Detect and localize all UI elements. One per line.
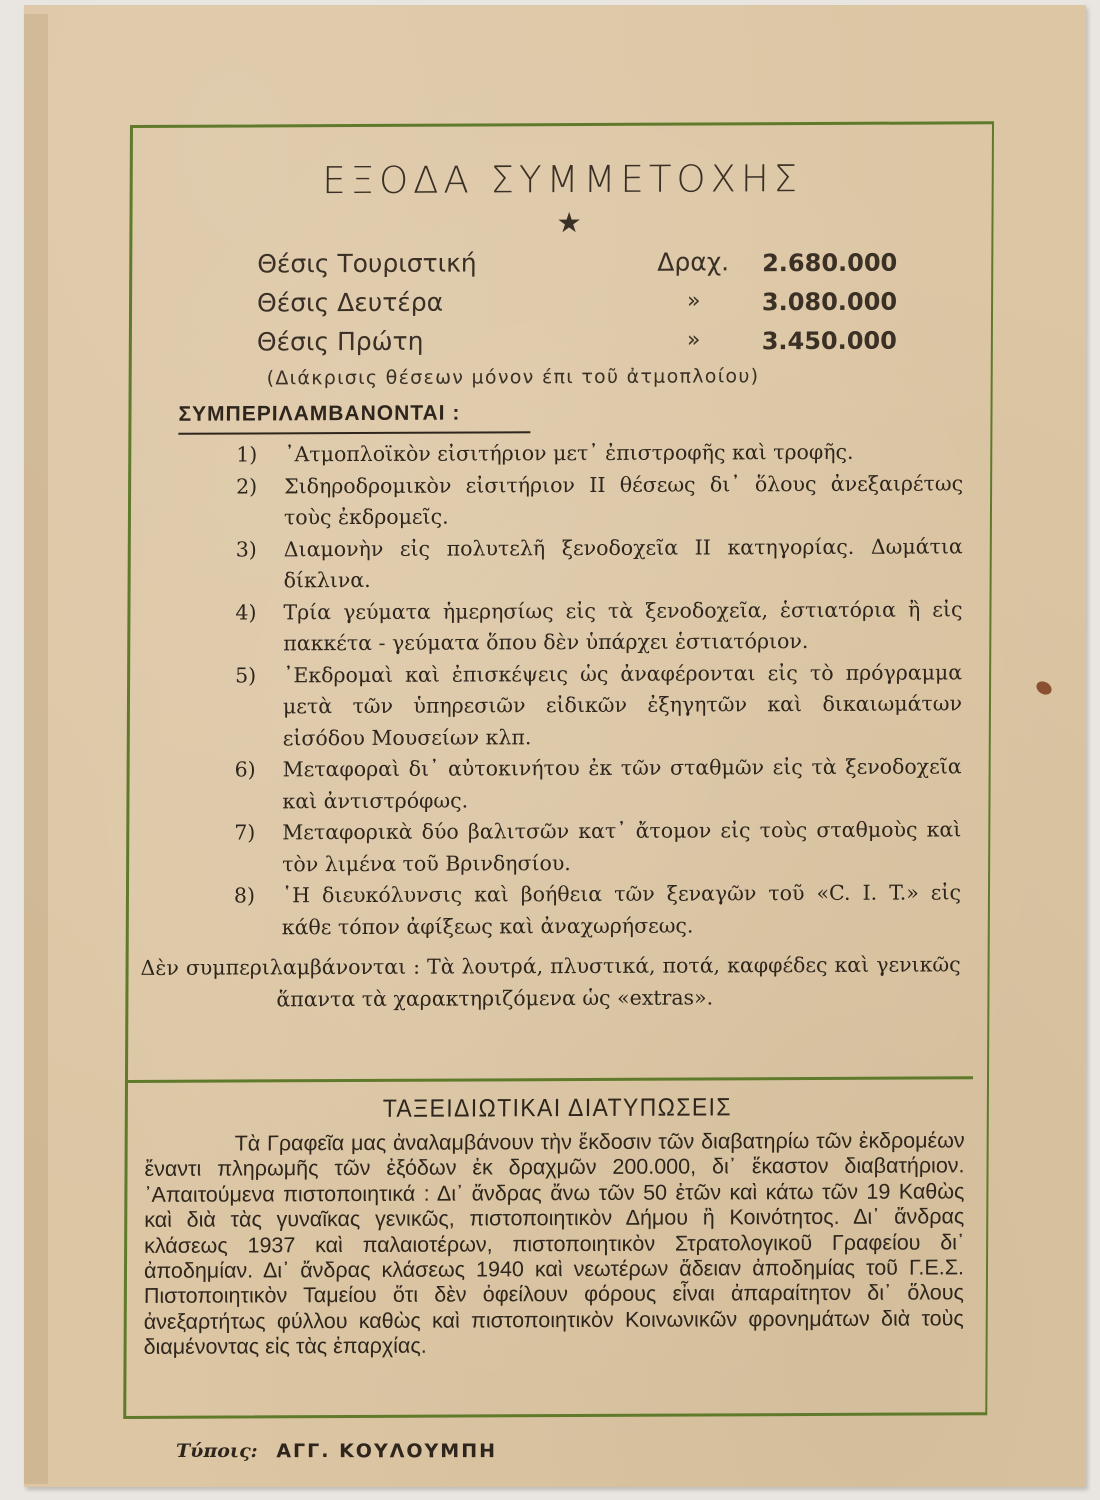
printer-label: Τύποις: <box>176 1440 258 1462</box>
item-number: 8) <box>234 880 255 912</box>
fare-amount: 2.680.000 <box>762 249 897 278</box>
fare-row-tourist: Θέσις Τουριστική Δραχ. 2.680.000 <box>257 247 897 289</box>
fare-amount: 3.080.000 <box>762 288 897 317</box>
item-text: Μεταφορικὰ δύο βαλιτσῶν κατ᾿ ἄτομον εἰς … <box>282 817 961 875</box>
includes-heading: ΣΥΜΠΕΡΙΛΑΜΒΑΝΟΝΤΑΙ : <box>178 401 530 435</box>
fare-table: Θέσις Τουριστική Δραχ. 2.680.000 Θέσις Δ… <box>257 247 898 367</box>
item-text: Μεταφοραὶ δι᾿ αὐτοκινήτου ἐκ τῶν σταθμῶν… <box>282 754 961 812</box>
item-text: ῾Η διευκόλυνσις καὶ βοήθεια τῶν ξεναγῶν … <box>282 880 961 938</box>
list-item: 6) Μεταφοραὶ δι᾿ αὐτοκινήτου ἐκ τῶν σταθ… <box>234 751 961 817</box>
fare-currency-ditto: » <box>687 289 701 314</box>
item-number: 1) <box>236 439 257 471</box>
list-item: 1) ᾿Ατμοπλοϊκὸν εἰσιτήριον μετ᾿ ἐπιστροφ… <box>236 436 963 471</box>
item-text: Τρία γεύματα ἡμερησίως εἰς τὰ ξενοδοχεῖα… <box>283 597 962 655</box>
fare-row-first: Θέσις Πρώτη » 3.450.000 <box>257 325 897 367</box>
excludes-paragraph: Δὲν συμπεριλαμβάνονται : Τὰ λουτρά, πλυσ… <box>140 949 960 1016</box>
fare-class: Θέσις Πρώτη <box>257 327 424 357</box>
travel-formalities-body: Τὰ Γραφεῖα μας ἀναλαμβάνουν τὴν ἔκδοσιν … <box>144 1128 965 1360</box>
fare-currency: Δραχ. <box>657 247 729 276</box>
fare-amount: 3.450.000 <box>762 327 897 356</box>
fare-class: Θέσις Τουριστική <box>257 248 477 278</box>
fare-class: Θέσις Δευτέρα <box>257 288 443 318</box>
item-text: Σιδηροδρομικὸν εἰσιτήριον ΙΙ θέσεως δι᾿ … <box>284 471 963 529</box>
fare-note: (Διάκρισις θέσεων μόνον έπι τοῦ ἀτμοπλοί… <box>267 365 760 389</box>
page-title: ΕΞΟΔΑ ΣΥΜΜΕΤΟΧΗΣ <box>133 156 992 203</box>
list-item: 2) Σιδηροδρομικὸν εἰσιτήριον ΙΙ θέσεως δ… <box>236 468 963 534</box>
star-icon: ★ <box>556 206 581 239</box>
item-number: 4) <box>235 597 256 629</box>
item-number: 5) <box>235 660 256 692</box>
item-number: 7) <box>234 817 255 849</box>
list-item: 4) Τρία γεύματα ἡμερησίως εἰς τὰ ξενοδοχ… <box>235 594 962 660</box>
list-item: 8) ῾Η διευκόλυνσις καὶ βοήθεια τῶν ξεναγ… <box>234 877 961 943</box>
printer-name: ΑΓΓ. ΚΟΥΛΟΥΜΠΗ <box>276 1440 497 1462</box>
list-item: 7) Μεταφορικὰ δύο βαλιτσῶν κατ᾿ ἄτομον ε… <box>234 814 961 880</box>
travel-formalities-heading: ΤΑΞΕΙΔΙΩΤΙΚΑΙ ΔΙΑΤΥΠΩΣΕΙΣ <box>162 1092 952 1124</box>
item-text: ᾿Ατμοπλοϊκὸν εἰσιτήριον μετ᾿ ἐπιστροφῆς … <box>284 440 853 466</box>
item-number: 3) <box>236 534 257 566</box>
green-frame: ΕΞΟΔΑ ΣΥΜΜΕΤΟΧΗΣ ★ Θέσις Τουριστική Δραχ… <box>123 121 994 1419</box>
item-number: 2) <box>236 471 257 503</box>
list-item: 3) Διαμονὴν εἰς πολυτελῆ ξενοδοχεῖα ΙΙ κ… <box>236 531 963 597</box>
includes-list: 1) ᾿Ατμοπλοϊκὸν εἰσιτήριον μετ᾿ ἐπιστροφ… <box>234 436 964 943</box>
item-text: ᾿Εκδρομαὶ καὶ ἐπισκέψεις ὡς ἀναφέρονται … <box>283 660 962 750</box>
fare-currency-ditto: » <box>687 328 701 353</box>
item-text: Διαμονὴν εἰς πολυτελῆ ξενοδοχεῖα ΙΙ κατη… <box>284 534 963 592</box>
section-divider <box>128 1076 973 1083</box>
item-number: 6) <box>235 754 256 786</box>
list-item: 5) ᾿Εκδρομαὶ καὶ ἐπισκέψεις ὡς ἀναφέροντ… <box>235 657 963 755</box>
printer-credit: Τύποις: ΑΓΓ. ΚΟΥΛΟΥΜΠΗ <box>176 1440 497 1462</box>
fare-row-second: Θέσις Δευτέρα » 3.080.000 <box>257 286 897 328</box>
paper-fold-edge <box>24 14 48 1484</box>
